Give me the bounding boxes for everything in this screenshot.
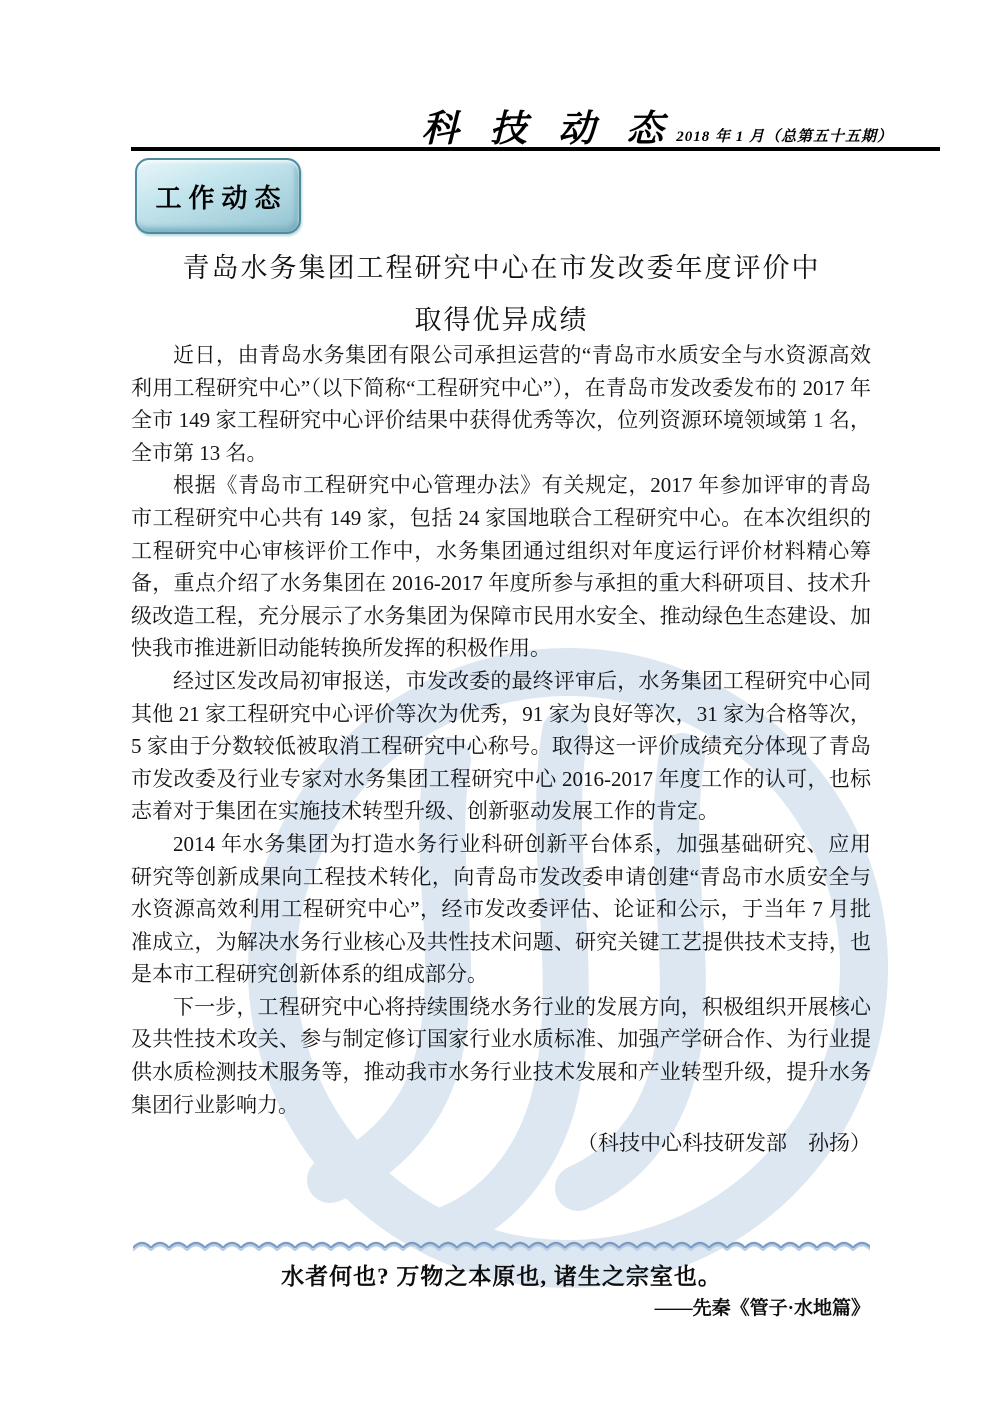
article-title-line2: 取得优异成绩 [133,298,870,337]
paragraph: 下一步，工程研究中心将持续围绕水务行业的发展方向，积极组织开展核心及共性技术攻关… [131,991,871,1121]
section-tab-work-news: 工作动态 [135,158,301,234]
section-tab-label: 工作动态 [148,178,287,215]
masthead: 科 技 动 态2018 年 1 月（总第五十五期） [421,98,893,152]
paragraph: 经过区发改局初审报送，市发改委的最终评审后，水务集团工程研究中心同其他 21 家… [131,665,871,828]
wave-divider [133,1238,870,1252]
article-title-line1: 青岛水务集团工程研究中心在市发改委年度评价中 [133,246,870,285]
header-rule [131,147,940,151]
paragraph: 2014 年水务集团为打造水务行业科研创新平台体系，加强基础研究、应用研究等创新… [131,828,871,991]
masthead-issue: 2018 年 1 月（总第五十五期） [676,129,893,145]
footer-quote: 水者何也? 万物之本原也, 诸生之宗室也。 [133,1258,870,1291]
paragraph: 根据《青岛市工程研究中心管理办法》有关规定，2017 年参加评审的青岛市工程研究… [131,469,871,665]
article-body: 近日，由青岛水务集团有限公司承担运营的“青岛市水质安全与水资源高效利用工程研究中… [131,339,871,1160]
article-byline: （科技中心科技研发部 孙扬） [131,1127,871,1160]
masthead-title: 科 技 动 态 [421,109,674,150]
paragraph: 近日，由青岛水务集团有限公司承担运营的“青岛市水质安全与水资源高效利用工程研究中… [131,339,871,469]
newsletter-page: 科 技 动 态2018 年 1 月（总第五十五期） 工作动态 青岛水务集团工程研… [0,0,992,1403]
footer-quote-source: ——先秦《管子·水地篇》 [133,1293,870,1320]
